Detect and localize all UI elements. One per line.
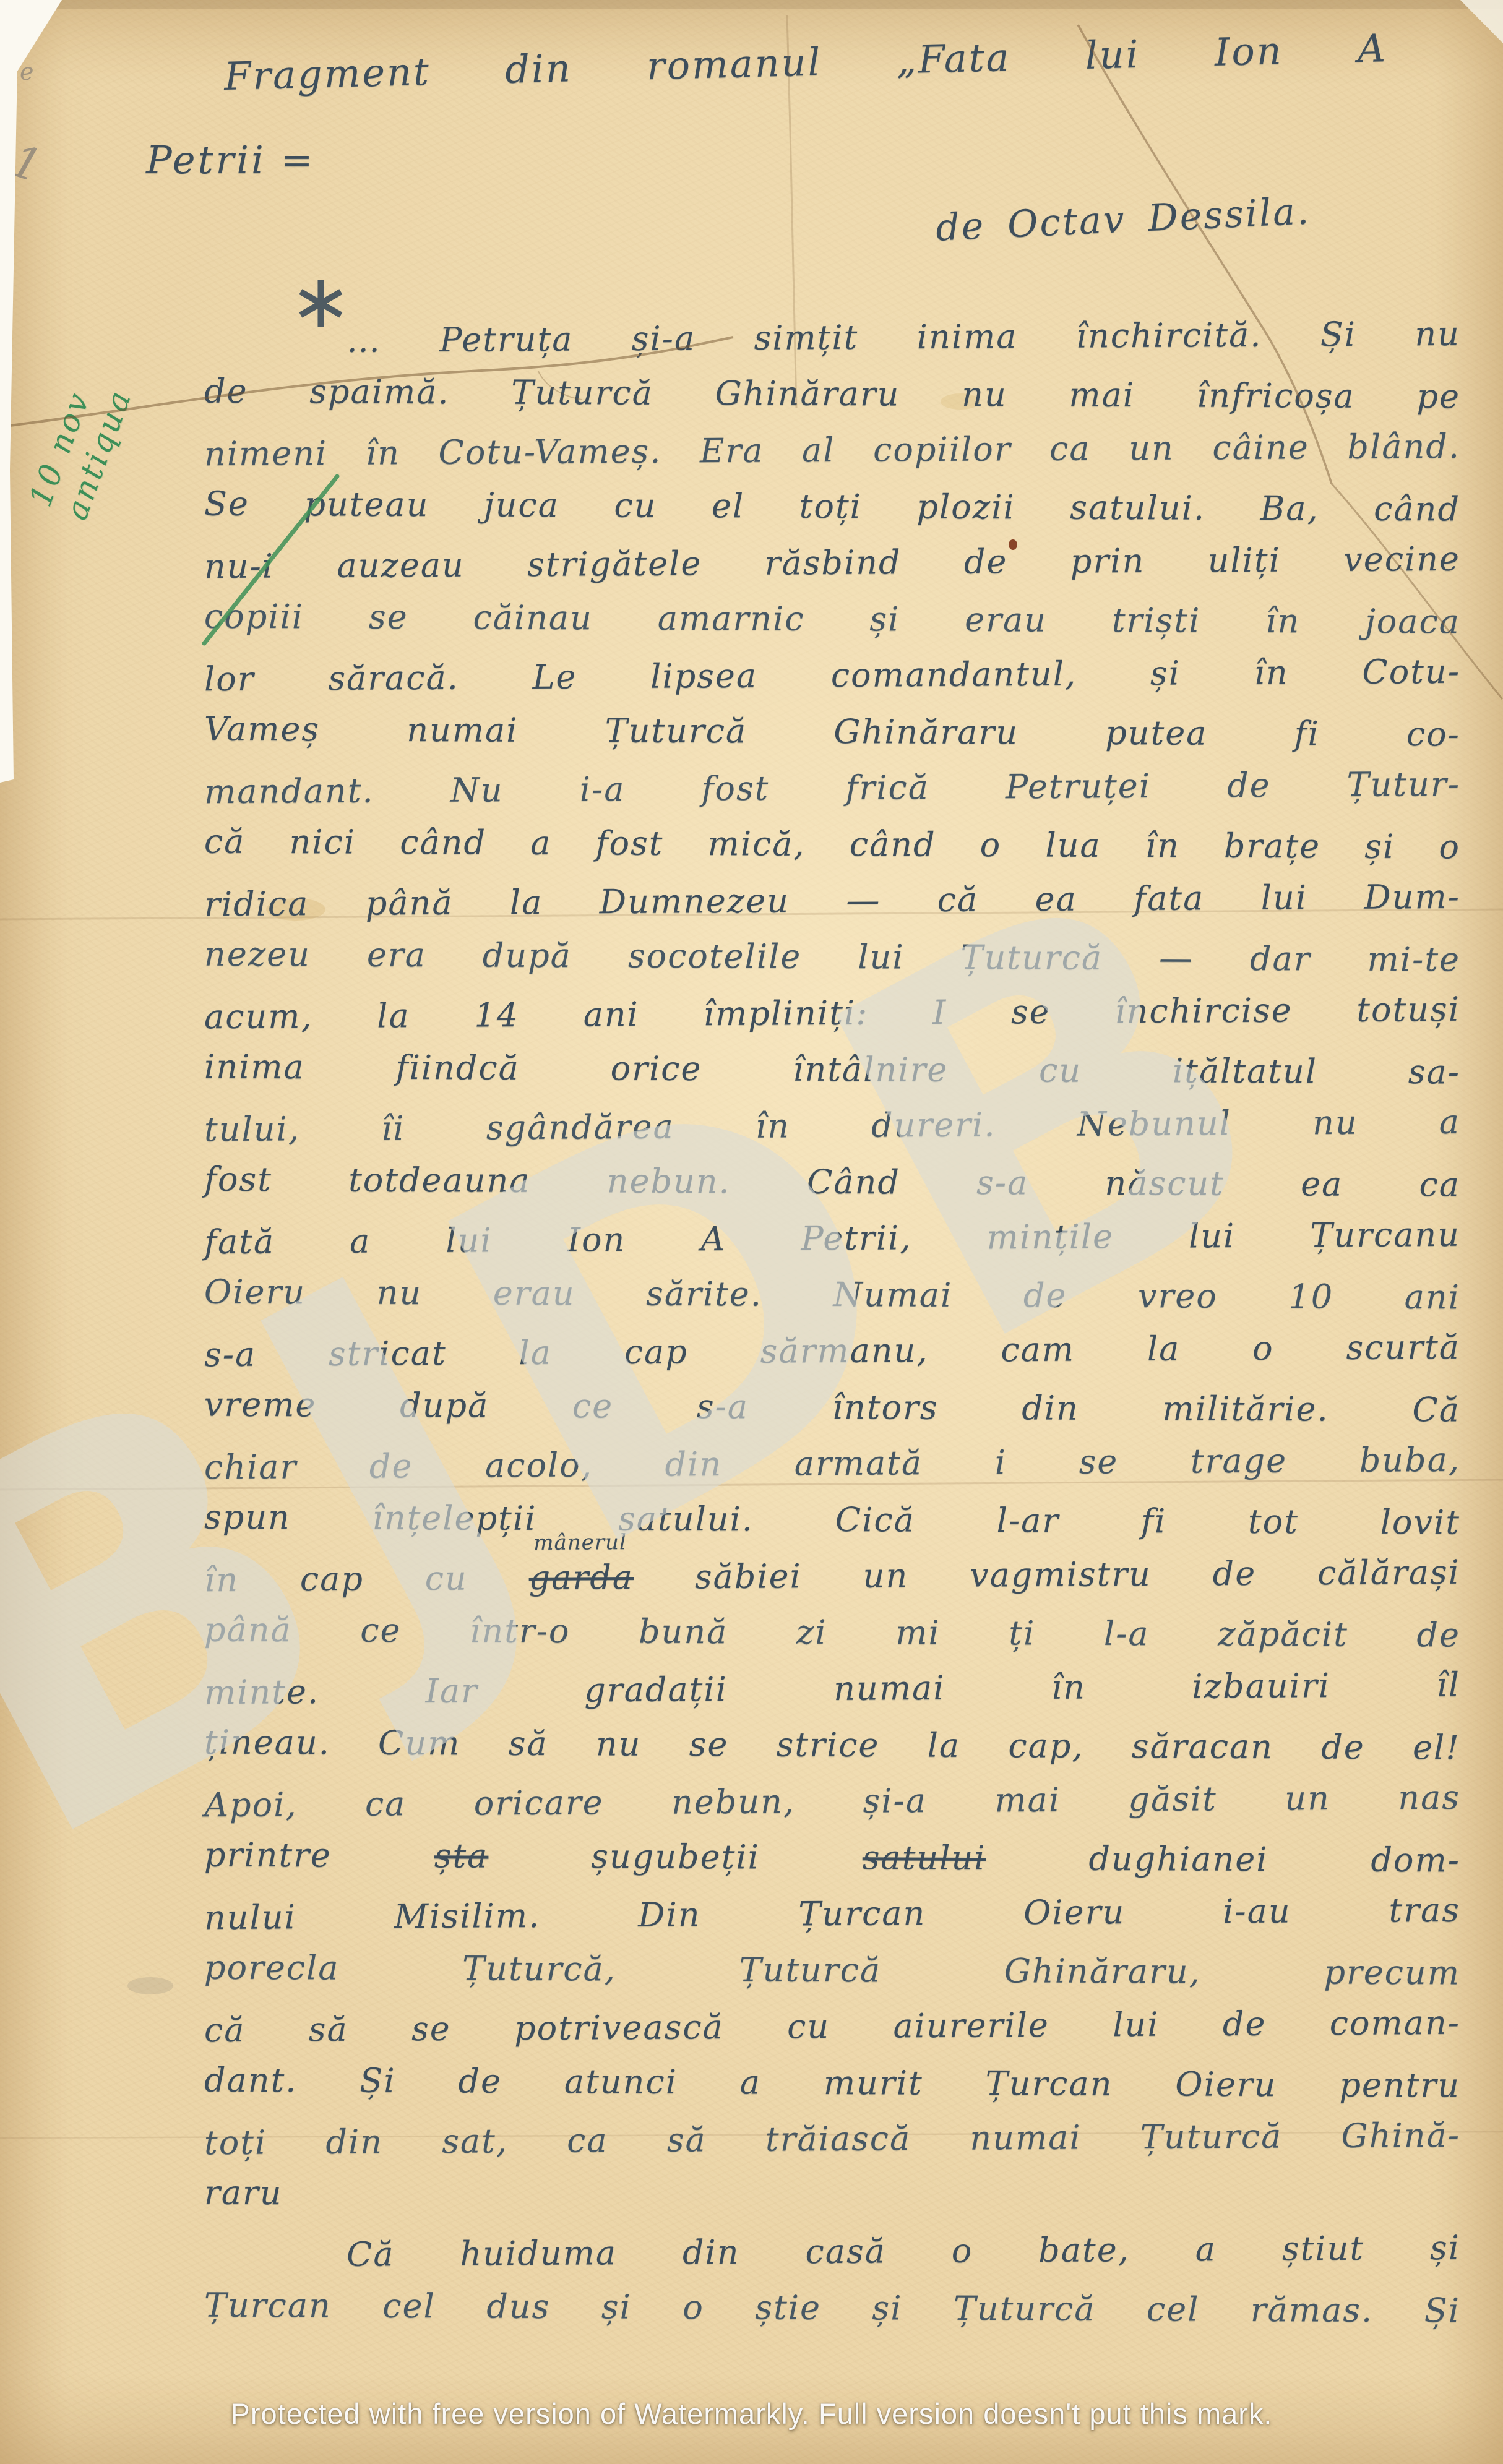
manuscript-line: toți din sat, ca să trăiască numai Țutur…: [204, 2107, 1461, 2171]
manuscript-line: fată a lui Ion A Petrii, mințile lui Țur…: [204, 1206, 1461, 1270]
struck-word: garda: [528, 1558, 634, 1597]
manuscript-line: dant. Și de atunci a murit Țurcan Oieru …: [204, 2052, 1460, 2114]
manuscript-line: … Petruța și-a simțit inima închircită. …: [204, 306, 1461, 369]
green-margin-note: 10 nov antiqua: [21, 371, 140, 525]
corrected-word: gardamânerul: [528, 1558, 634, 1597]
struck-word: satului: [863, 1838, 986, 1878]
manuscript-line: până ce într-o bună zi mi ți l-a zăpăcit…: [204, 1602, 1460, 1663]
manuscript-body: … Petruța și-a simțit inima închircită. …: [204, 309, 1460, 2336]
manuscript-line-with-correction: în cap cu gardamânerul săbiei un vagmist…: [204, 1544, 1461, 1608]
line-text: în cap cu: [204, 1558, 529, 1599]
manuscript-line: că să se potrivească cu aiurerile lui de…: [204, 1994, 1461, 2058]
line-text: printre: [204, 1835, 434, 1876]
fragment-title-line-1: Fragment din romanul „Fata lui Ion A: [223, 25, 1387, 99]
manuscript-line: Țurcan cel dus și o știe și Țuturcă cel …: [204, 2277, 1460, 2339]
author-byline: de Octav Dessila.: [935, 189, 1312, 249]
manuscript-line: tului, îi sgândărea în dureri. Nebunul n…: [204, 1094, 1461, 1157]
manuscript-line: Că huiduma din casă o bate, a știut și: [204, 2220, 1461, 2283]
manuscript-line: de spaimă. Țuturcă Ghinăraru nu mai înfr…: [204, 363, 1460, 425]
superscript-correction: mânerul: [533, 1532, 627, 1553]
paper-smudge: [127, 1977, 173, 1994]
manuscript-line: s-a stricat la cap sărmanu, cam la o scu…: [204, 1319, 1461, 1383]
manuscript-line: raru: [204, 2165, 1460, 2226]
manuscript-line: nimeni în Cotu-Vameș. Era al copiilor ca…: [204, 418, 1461, 482]
manuscript-line: minte. Iar gradații numai în izbauiri îl: [204, 1657, 1461, 1720]
manuscript-page: Fragment din romanul „Fata lui Ion A Pet…: [0, 0, 1503, 2464]
manuscript-line: nezeu era după socotelile lui Țuturcă — …: [204, 926, 1460, 988]
pencil-numeral: 1: [5, 134, 48, 192]
struck-word: șta: [434, 1836, 489, 1875]
watermarkly-protection-text: Protected with free version of Watermark…: [0, 2397, 1503, 2431]
manuscript-line: spun înțelepții satului. Cică l-ar fi to…: [204, 1489, 1460, 1551]
pencil-letter-mark: e: [20, 58, 34, 85]
manuscript-line: Apoi, ca oricare nebun, și-a mai găsit u…: [204, 1769, 1461, 1833]
manuscript-line: inima fiindcă orice întâlnire cu ițăltat…: [204, 1039, 1460, 1101]
fragment-title-line-2: Petrii =: [146, 137, 316, 182]
line-text: dughianei dom-: [986, 1839, 1460, 1879]
manuscript-line: mandant. Nu i-a fost frică Petruței de Ț…: [204, 756, 1461, 820]
manuscript-line: ridica până la Dumnezeu — că ea fata lui…: [204, 869, 1461, 932]
manuscript-line: nului Misilim. Din Țurcan Oieru i-au tra…: [204, 1882, 1461, 1946]
manuscript-line: chiar de acolo, din armată i se trage bu…: [204, 1432, 1461, 1495]
manuscript-line: copiii se căinau amarnic și erau triști …: [204, 588, 1460, 650]
manuscript-line: porecla Țuturcă, Țuturcă Ghinăraru, prec…: [204, 1939, 1460, 2001]
manuscript-line: Vameș numai Țuturcă Ghinăraru putea fi c…: [204, 701, 1460, 763]
manuscript-line: vreme după ce s-a întors din militărie. …: [204, 1376, 1460, 1438]
manuscript-line-with-strikeouts: printre șta șugubeții satului dughianei …: [204, 1827, 1460, 1889]
manuscript-line: țineau. Cum să nu se strice la cap, săra…: [204, 1714, 1460, 1776]
line-text: săbiei un vagmistru de călărași: [634, 1553, 1460, 1597]
manuscript-line: lor săracă. Le lipsea comandantul, și în…: [204, 643, 1461, 707]
manuscript-line: Se puteau juca cu el toți plozii satului…: [204, 476, 1460, 538]
manuscript-line: acum, la 14 ani împliniți: I se închirci…: [204, 981, 1461, 1045]
manuscript-line: Oieru nu erau sărite. Numai de vreo 10 a…: [204, 1264, 1460, 1326]
manuscript-line: nu-i auzeau strigătele răsbind de prin u…: [204, 531, 1461, 595]
line-text: șugubeții: [488, 1837, 863, 1878]
manuscript-line: că nici când a fost mică, când o lua în …: [204, 813, 1460, 875]
manuscript-line: fost totdeauna nebun. Când s-a născut ea…: [204, 1151, 1460, 1213]
